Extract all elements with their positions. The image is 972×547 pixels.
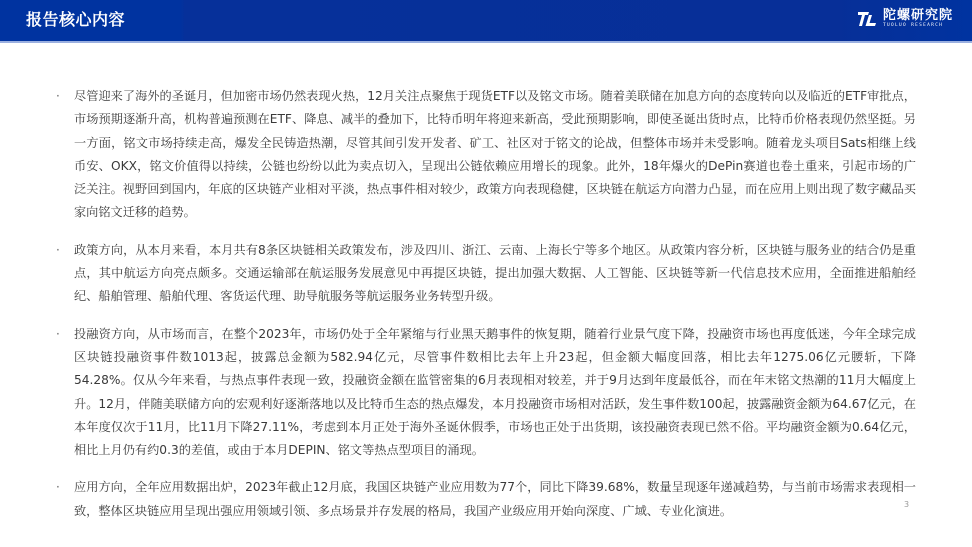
page-number: 3 <box>904 500 909 509</box>
bullet-icon: · <box>56 239 60 262</box>
page-title: 报告核心内容 <box>26 10 125 30</box>
brand-logo: 陀螺研究院 TUOLUO RESEARCH <box>858 9 953 29</box>
paragraph-investment: · 投融资方向，从市场而言，在整个2023年，市场仍处于全年紧缩与行业黑天鹅事件… <box>56 323 916 463</box>
paragraph-text: 尽管迎来了海外的圣诞月，但加密市场仍然表现火热，12月关注点聚焦于现货ETF以及… <box>74 89 916 219</box>
paragraph-policy: · 政策方向，从本月来看，本月共有8条区块链相关政策发布，涉及四川、浙江、云南、… <box>56 239 916 309</box>
paragraph-text: 应用方向，全年应用数据出炉，2023年截止12月底，我国区块链产业应用数为77个… <box>74 480 916 517</box>
paragraph-text: 政策方向，从本月来看，本月共有8条区块链相关政策发布，涉及四川、浙江、云南、上海… <box>74 243 916 304</box>
paragraph-market-overview: · 尽管迎来了海外的圣诞月，但加密市场仍然表现火热，12月关注点聚焦于现货ETF… <box>56 85 916 225</box>
bullet-icon: · <box>56 323 60 346</box>
brand-name-en: TUOLUO RESEARCH <box>883 24 953 29</box>
tuoluo-logo-icon <box>858 11 878 27</box>
brand-text: 陀螺研究院 TUOLUO RESEARCH <box>883 9 953 29</box>
header-bar: 报告核心内容 陀螺研究院 TUOLUO RESEARCH <box>0 0 972 41</box>
brand-name-cn: 陀螺研究院 <box>883 9 953 22</box>
paragraph-text: 投融资方向，从市场而言，在整个2023年，市场仍处于全年紧缩与行业黑天鹅事件的恢… <box>74 327 916 457</box>
paragraph-application: · 应用方向，全年应用数据出炉，2023年截止12月底，我国区块链产业应用数为7… <box>56 476 916 523</box>
header-divider <box>0 41 972 43</box>
report-content: · 尽管迎来了海外的圣诞月，但加密市场仍然表现火热，12月关注点聚焦于现货ETF… <box>56 85 916 523</box>
bullet-icon: · <box>56 476 60 499</box>
bullet-icon: · <box>56 85 60 108</box>
